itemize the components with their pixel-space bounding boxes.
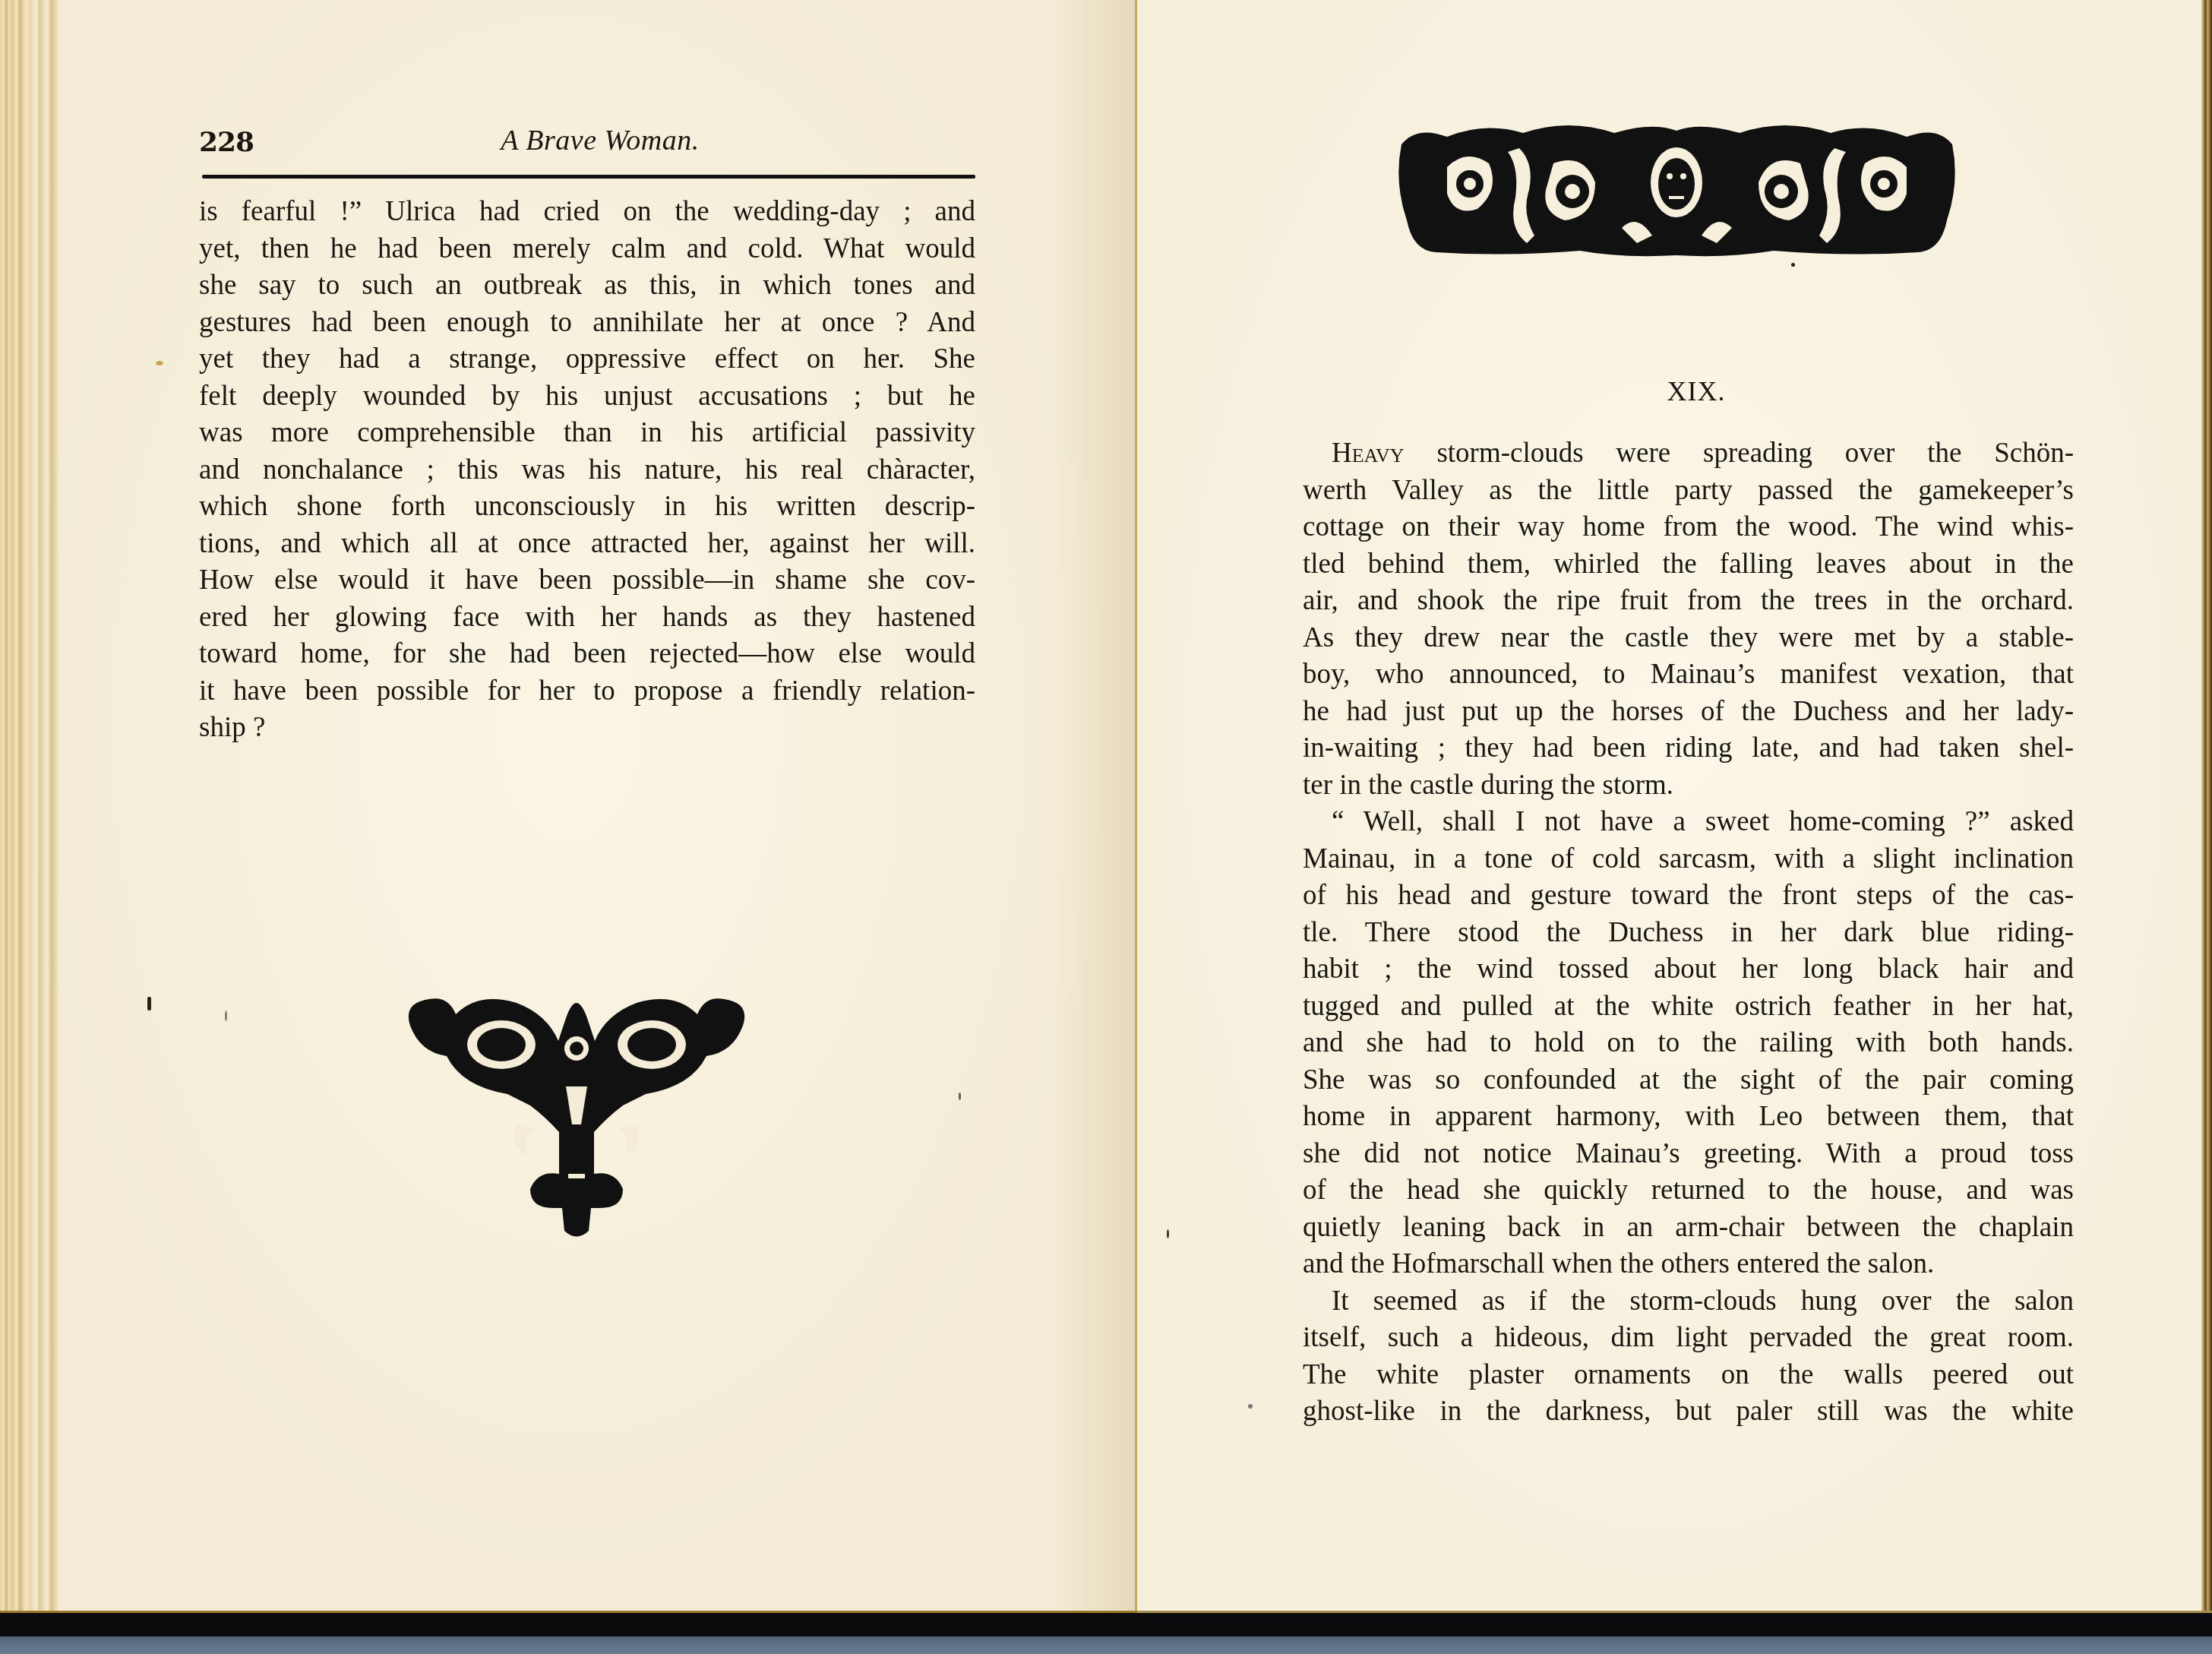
- text-line: felt deeply wounded by his unjust accusa…: [199, 378, 975, 416]
- paper-blemish: [1791, 263, 1795, 267]
- text-line: habit ; the wind tossed about her long b…: [1303, 951, 2074, 988]
- text-line: and the Hofmarschall when the others ent…: [1303, 1246, 2074, 1283]
- left-page-body-text: is fearful !” Ulrica had cried on the we…: [199, 194, 975, 747]
- text-line: which shone forth unconsciously in his w…: [199, 489, 975, 526]
- text-line: It seemed as if the storm-clouds hung ov…: [1303, 1283, 2074, 1320]
- left-page: 228 A Brave Woman. is fearful !” Ulrica …: [0, 0, 1137, 1613]
- text-line: and nonchalance ; this was his nature, h…: [199, 452, 975, 489]
- text-line: quietly leaning back in an arm-chair bet…: [1303, 1210, 2074, 1247]
- text-line: Heavy storm-clouds were spreading over t…: [1303, 435, 2074, 473]
- text-line: she say to such an outbreak as this, in …: [199, 267, 975, 305]
- text-line: yet they had a strange, oppressive effec…: [199, 341, 975, 378]
- paper-blemish: [225, 1010, 227, 1021]
- text-line: yet, then he had been merely calm and co…: [199, 231, 975, 268]
- text-line: ghost-like in the darkness, but paler st…: [1303, 1393, 2074, 1431]
- header-rule: [202, 175, 975, 179]
- text-line: tled behind them, whirled the falling le…: [1303, 546, 2074, 583]
- text-line: As they drew near the castle they were m…: [1303, 620, 2074, 657]
- page-fore-edges: [0, 0, 59, 1611]
- text-line: was more comprehensible than in his arti…: [199, 415, 975, 452]
- text-line: of his head and gesture toward the front…: [1303, 878, 2074, 915]
- headpiece-ornament-icon: [1394, 122, 1960, 262]
- chapter-opening-word: Heavy: [1332, 438, 1405, 469]
- text-line: toward home, for she had been rejected—h…: [199, 636, 975, 673]
- text-line-rest: storm-clouds were spreading over the Sch…: [1405, 438, 2074, 469]
- paper-blemish: [1167, 1229, 1169, 1238]
- text-line: in-waiting ; they had been riding late, …: [1303, 730, 2074, 767]
- paper-blemish: [959, 1093, 961, 1100]
- text-line: is fearful !” Ulrica had cried on the we…: [199, 194, 975, 231]
- text-line: tle. There stood the Duchess in her dark…: [1303, 915, 2074, 952]
- paper-blemish: [147, 997, 151, 1010]
- right-cover-edge: [2201, 0, 2212, 1611]
- running-head: A Brave Woman.: [425, 124, 775, 157]
- paper-blemish: [1248, 1404, 1253, 1409]
- text-line: “ Well, shall I not have a sweet home-co…: [1303, 804, 2074, 841]
- text-line: ship ?: [199, 710, 975, 747]
- text-line: werth Valley as the little party passed …: [1303, 473, 2074, 510]
- text-line: it have been possible for her to propose…: [199, 673, 975, 710]
- text-line: tugged and pulled at the white ostrich f…: [1303, 988, 2074, 1026]
- paper-blemish: [156, 361, 163, 365]
- text-line: ter in the castle during the storm.: [1303, 767, 2074, 805]
- text-line: How else would it have been possible—in …: [199, 562, 975, 599]
- chapter-number: XIX.: [1620, 375, 1772, 407]
- text-line: of the head she quickly returned to the …: [1303, 1172, 2074, 1210]
- text-line: home in apparent harmony, with Leo betwe…: [1303, 1099, 2074, 1136]
- right-page-body-text: Heavy storm-clouds were spreading over t…: [1303, 435, 2074, 1431]
- text-line: The white plaster ornaments on the walls…: [1303, 1357, 2074, 1394]
- text-line: she did not notice Mainau’s greeting. Wi…: [1303, 1136, 2074, 1173]
- text-line: cottage on their way home from the wood.…: [1303, 509, 2074, 546]
- text-line: gestures had been enough to annihilate h…: [199, 305, 975, 342]
- text-line: Mainau, in a tone of cold sarcasm, with …: [1303, 841, 2074, 878]
- text-line: and she had to hold on to the railing wi…: [1303, 1025, 2074, 1062]
- text-line: ered her glowing face with her hands as …: [199, 599, 975, 637]
- text-line: air, and shook the ripe fruit from the t…: [1303, 583, 2074, 620]
- gutter-shadow: [1054, 0, 1137, 1611]
- text-line: boy, who announced, to Mainau’s manifest…: [1303, 656, 2074, 694]
- tailpiece-ornament-icon: [395, 980, 758, 1242]
- page-number: 228: [199, 126, 254, 158]
- text-line: She was so confounded at the sight of th…: [1303, 1062, 2074, 1099]
- text-line: tions, and which all at once attracted h…: [199, 526, 975, 563]
- text-line: he had just put up the horses of the Duc…: [1303, 694, 2074, 731]
- scanner-background: [0, 1633, 2212, 1654]
- text-line: itself, such a hideous, dim light pervad…: [1303, 1320, 2074, 1357]
